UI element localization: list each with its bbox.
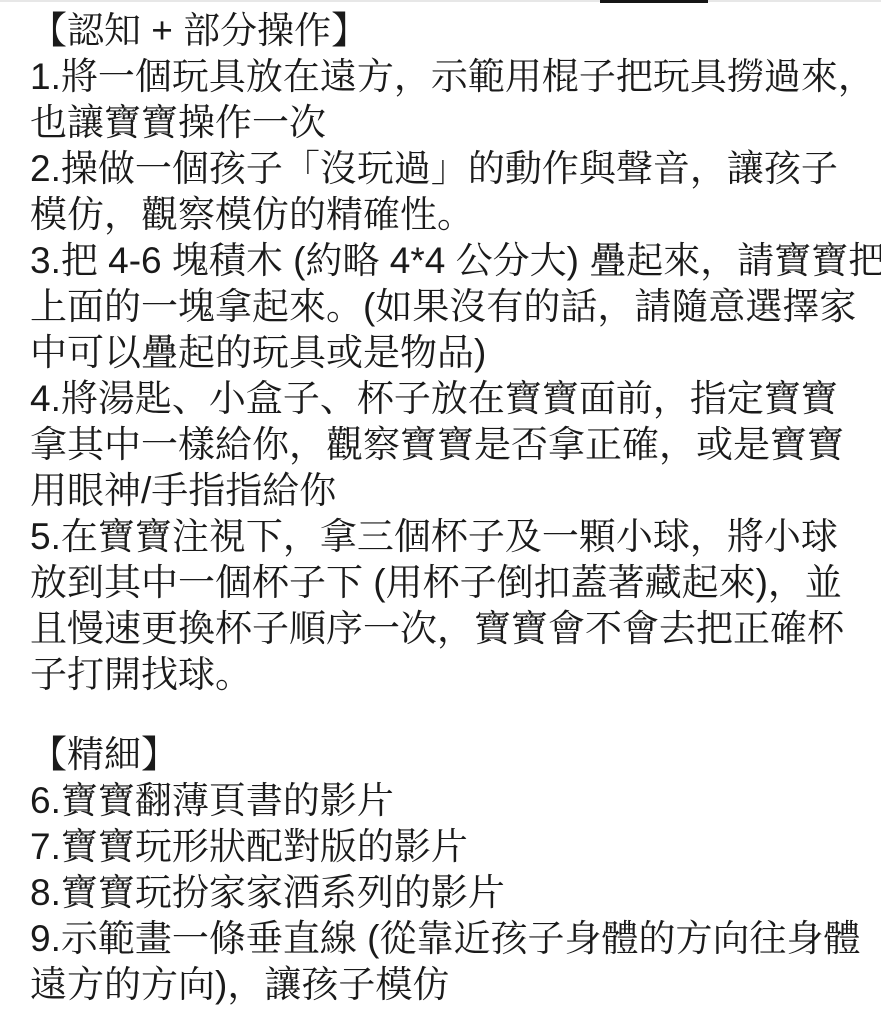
list-item-line: 放到其中一個杯子下 (用杯子倒扣蓋著藏起來)，並 bbox=[30, 560, 871, 606]
list-item-6: 6.寶寶翻薄頁書的影片 bbox=[30, 778, 871, 824]
list-item-line: 用眼神/手指指給你 bbox=[30, 468, 871, 514]
list-item-line: 3.把 4-6 塊積木 (約略 4*4 公分大) 疊起來，請寶寶把 bbox=[30, 238, 871, 284]
list-item-5: 5.在寶寶注視下，拿三個杯子及一顆小球，將小球 放到其中一個杯子下 (用杯子倒扣… bbox=[30, 514, 871, 698]
list-item-line: 拿其中一樣給你，觀察寶寶是否拿正確，或是寶寶 bbox=[30, 422, 871, 468]
list-item-line: 4.將湯匙、小盒子、杯子放在寶寶面前，指定寶寶 bbox=[30, 376, 871, 422]
list-item-line: 7.寶寶玩形狀配對版的影片 bbox=[30, 824, 871, 870]
list-item-7: 7.寶寶玩形狀配對版的影片 bbox=[30, 824, 871, 870]
section-heading: 【精細】 bbox=[30, 732, 871, 778]
section-fine-motor: 【精細】 6.寶寶翻薄頁書的影片 7.寶寶玩形狀配對版的影片 8.寶寶玩扮家家酒… bbox=[30, 732, 871, 1008]
list-item-line: 2.操做一個孩子「沒玩過」的動作與聲音，讓孩子 bbox=[30, 146, 871, 192]
section-heading: 【認知 + 部分操作】 bbox=[30, 8, 871, 54]
list-item-line: 上面的一塊拿起來。(如果沒有的話，請隨意選擇家 bbox=[30, 284, 871, 330]
list-item-line: 模仿，觀察模仿的精確性。 bbox=[30, 192, 871, 238]
list-item-4: 4.將湯匙、小盒子、杯子放在寶寶面前，指定寶寶 拿其中一樣給你，觀察寶寶是否拿正… bbox=[30, 376, 871, 514]
document-text: 【認知 + 部分操作】 1.將一個玩具放在遠方，示範用棍子把玩具撈過來， 也讓寶… bbox=[30, 8, 871, 1008]
list-item-2: 2.操做一個孩子「沒玩過」的動作與聲音，讓孩子 模仿，觀察模仿的精確性。 bbox=[30, 146, 871, 238]
list-item-line: 5.在寶寶注視下，拿三個杯子及一顆小球，將小球 bbox=[30, 514, 871, 560]
list-item-8: 8.寶寶玩扮家家酒系列的影片 bbox=[30, 870, 871, 916]
top-border-fragment bbox=[600, 0, 708, 3]
list-item-1: 1.將一個玩具放在遠方，示範用棍子把玩具撈過來， 也讓寶寶操作一次 bbox=[30, 54, 871, 146]
list-item-9: 9.示範畫一條垂直線 (從靠近孩子身體的方向往身體 遠方的方向)，讓孩子模仿 bbox=[30, 916, 871, 1008]
list-item-line: 遠方的方向)，讓孩子模仿 bbox=[30, 962, 871, 1008]
section-cognition-operation: 【認知 + 部分操作】 1.將一個玩具放在遠方，示範用棍子把玩具撈過來， 也讓寶… bbox=[30, 8, 871, 698]
list-item-line: 中可以疊起的玩具或是物品) bbox=[30, 330, 871, 376]
list-item-line: 8.寶寶玩扮家家酒系列的影片 bbox=[30, 870, 871, 916]
top-edge-hairline bbox=[0, 0, 881, 2]
list-item-line: 子打開找球。 bbox=[30, 652, 871, 698]
list-item-line: 也讓寶寶操作一次 bbox=[30, 100, 871, 146]
section-gap bbox=[30, 698, 871, 732]
list-item-line: 1.將一個玩具放在遠方，示範用棍子把玩具撈過來， bbox=[30, 54, 871, 100]
list-item-line: 9.示範畫一條垂直線 (從靠近孩子身體的方向往身體 bbox=[30, 916, 871, 962]
list-item-3: 3.把 4-6 塊積木 (約略 4*4 公分大) 疊起來，請寶寶把 上面的一塊拿… bbox=[30, 238, 871, 376]
list-item-line: 且慢速更換杯子順序一次，寶寶會不會去把正確杯 bbox=[30, 606, 871, 652]
list-item-line: 6.寶寶翻薄頁書的影片 bbox=[30, 778, 871, 824]
